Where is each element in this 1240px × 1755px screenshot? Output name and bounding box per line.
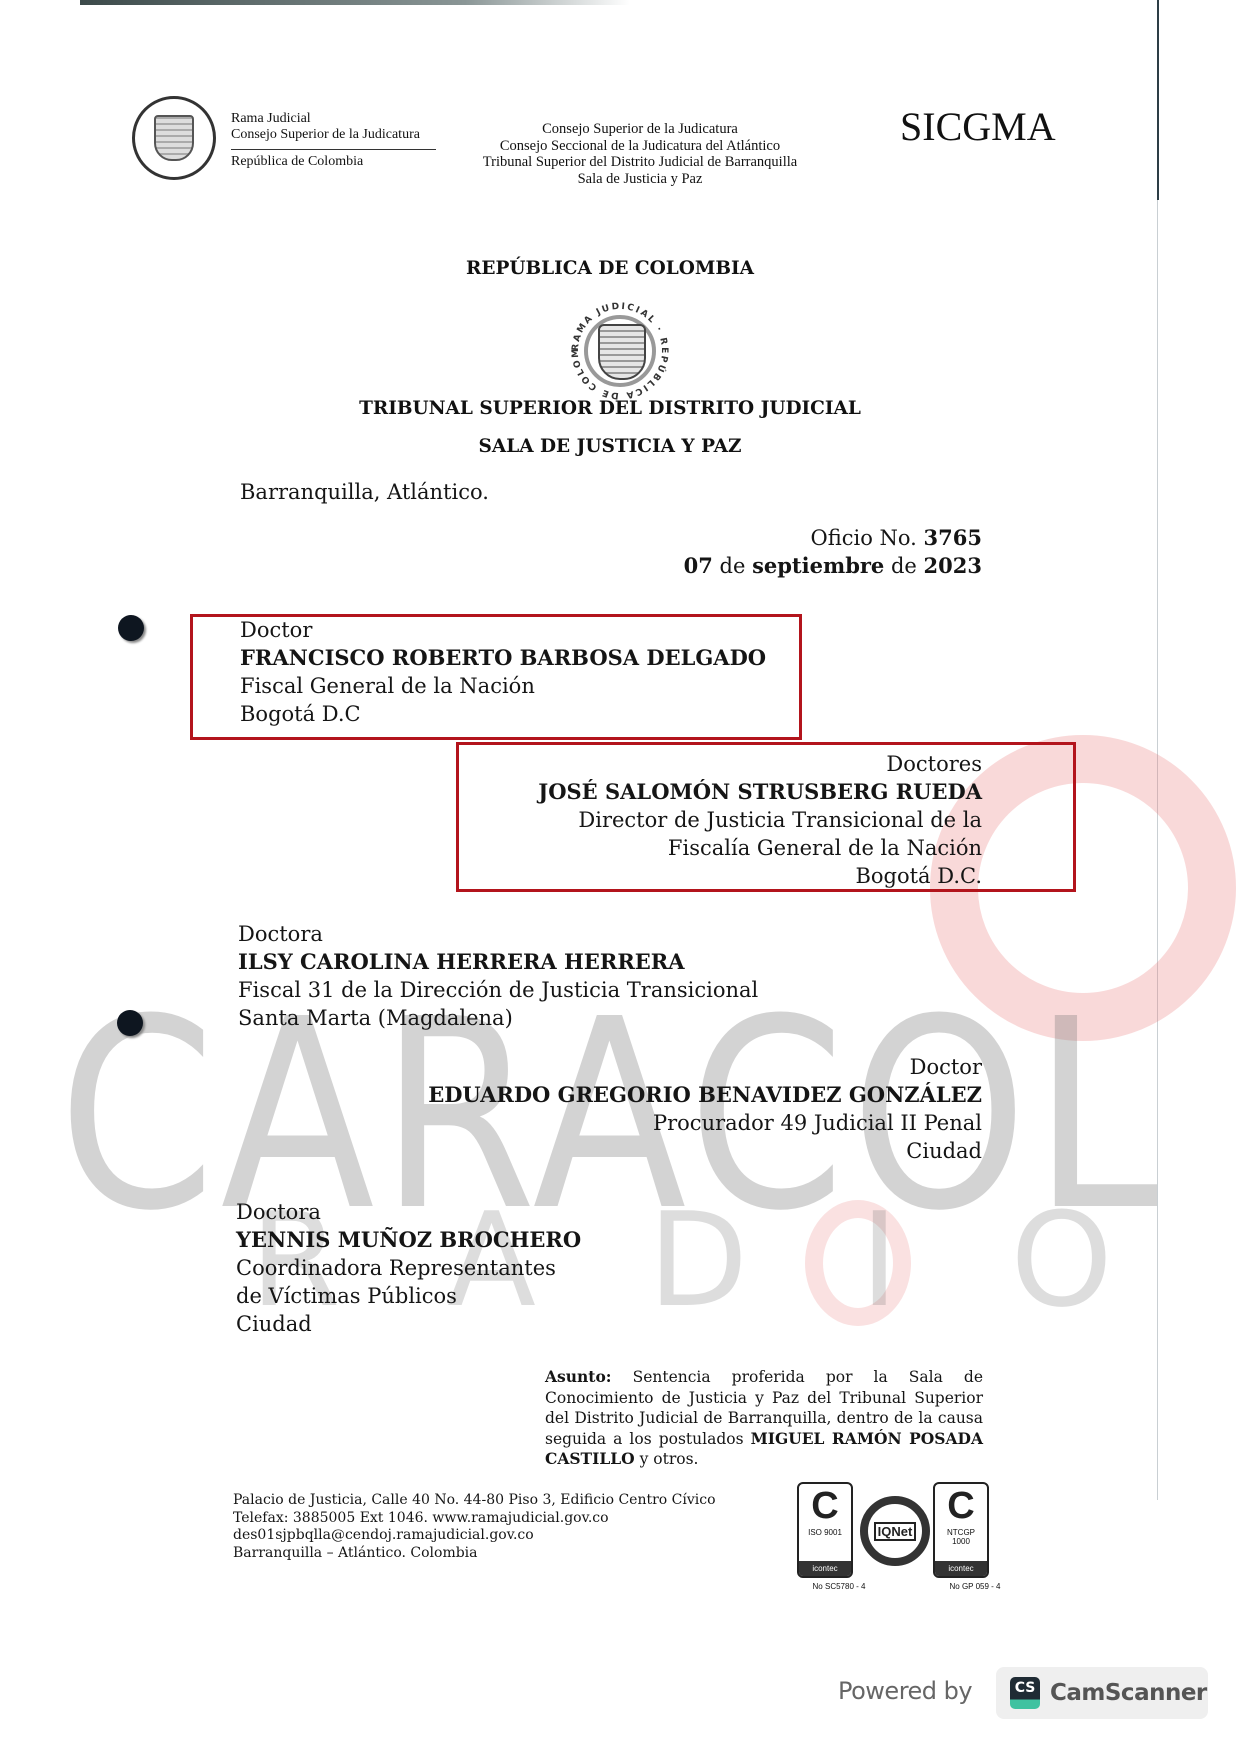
consejo-label: Consejo Superior de la Judicatura — [231, 127, 436, 143]
date-connector: de — [720, 554, 746, 578]
letter-date: 07 de septiembre de 2023 — [560, 552, 982, 580]
powered-by-label: Powered by — [838, 1677, 972, 1705]
republic-title: REPÚBLICA DE COLOMBIA — [330, 258, 890, 279]
icontec-c-icon: C — [935, 1484, 987, 1528]
recipient-salutation: Doctora — [238, 920, 758, 948]
ntcgp-label: NTCGP — [935, 1528, 987, 1537]
recipient-line: Fiscal 31 de la Dirección de Justicia Tr… — [238, 976, 758, 1004]
recipient-line: Procurador 49 Judicial II Penal — [380, 1109, 982, 1137]
subject-paragraph: Asunto: Sentencia proferida por la Sala … — [545, 1367, 983, 1470]
recipient-block: Doctor EDUARDO GREGORIO BENAVIDEZ GONZÁL… — [380, 1053, 982, 1165]
ntcgp-number: No GP 059 - 4 — [935, 1582, 1015, 1591]
sala-title: SALA DE JUSTICIA Y PAZ — [330, 436, 890, 457]
recipient-line: Director de Justicia Transicional de la — [460, 806, 982, 834]
ntcgp-label-number: 1000 — [935, 1537, 987, 1546]
camscanner-logo-icon: CS — [1010, 1677, 1040, 1709]
recipient-name: EDUARDO GREGORIO BENAVIDEZ GONZÁLEZ — [380, 1081, 982, 1109]
date-year: 2023 — [924, 553, 982, 578]
recipient-line: Ciudad — [236, 1310, 581, 1338]
recipient-name: JOSÉ SALOMÓN STRUSBERG RUEDA — [460, 778, 982, 806]
recipient-salutation: Doctora — [236, 1198, 581, 1226]
recipient-block: Doctora ILSY CAROLINA HERRERA HERRERA Fi… — [238, 920, 758, 1032]
recipient-salutation: Doctor — [380, 1053, 982, 1081]
iqnet-logo: IQNet — [860, 1496, 930, 1566]
recipient-block: Doctora YENNIS MUÑOZ BROCHERO Coordinado… — [236, 1198, 581, 1338]
footer-address: Palacio de Justicia, Calle 40 No. 44-80 … — [233, 1492, 716, 1562]
recipient-salutation: Doctores — [460, 750, 982, 778]
rama-judicial-seal: RAMA JUDICIAL · REPÚBLICA DE COLOMBIA — [565, 296, 675, 406]
footer-line: Barranquilla – Atlántico. Colombia — [233, 1545, 716, 1563]
footer-line: Palacio de Justicia, Calle 40 No. 44-80 … — [233, 1492, 716, 1510]
subject-text-end: y otros. — [640, 1450, 699, 1468]
recipient-line: Coordinadora Representantes — [236, 1254, 581, 1282]
icontec-badge: icontec — [935, 1561, 987, 1576]
coat-of-arms-logo — [132, 96, 216, 180]
recipient-line: Fiscalía General de la Nación — [460, 834, 982, 862]
oficio-label: Oficio No. — [811, 526, 917, 550]
recipient-name: YENNIS MUÑOZ BROCHERO — [236, 1226, 581, 1254]
footer-line: Telefax: 3885005 Ext 1046. www.ramajudic… — [233, 1510, 716, 1528]
recipient-line: Bogotá D.C — [240, 700, 766, 728]
recipient-line: Bogotá D.C. — [460, 862, 982, 890]
iso-label: ISO 9001 — [799, 1528, 851, 1537]
subject-label: Asunto: — [545, 1367, 612, 1386]
republica-label: República de Colombia — [231, 154, 436, 170]
camscanner-badge[interactable]: CS CamScanner — [996, 1667, 1208, 1719]
punch-hole — [118, 615, 144, 641]
ntcgp-1000-logo: C NTCGP 1000 icontec No GP 059 - 4 — [933, 1482, 989, 1578]
shield-icon — [598, 324, 646, 380]
recipient-line: Fiscal General de la Nación — [240, 672, 766, 700]
punch-hole — [117, 1010, 143, 1036]
icontec-badge: icontec — [799, 1561, 851, 1576]
recipient-salutation: Doctor — [240, 616, 766, 644]
rama-judicial-label: Rama Judicial — [231, 111, 436, 127]
sicgma-brand: SICGMA — [900, 103, 1056, 150]
recipient-line: Santa Marta (Magdalena) — [238, 1004, 758, 1032]
header-line: Sala de Justicia y Paz — [430, 171, 850, 188]
footer-email: des01sjpbqlla@cendoj.ramajudicial.gov.co — [233, 1527, 716, 1545]
rama-judicial-block: Rama Judicial Consejo Superior de la Jud… — [231, 111, 436, 170]
header-institution-block: Consejo Superior de la Judicatura Consej… — [430, 121, 850, 187]
icontec-c-icon: C — [799, 1484, 851, 1528]
tribunal-title: TRIBUNAL SUPERIOR DEL DISTRITO JUDICIAL — [330, 398, 890, 419]
shield-icon — [154, 115, 194, 161]
date-month: septiembre — [752, 553, 884, 578]
recipient-block: Doctor FRANCISCO ROBERTO BARBOSA DELGADO… — [240, 616, 766, 728]
oficio-block: Oficio No. 3765 07 de septiembre de 2023 — [560, 524, 982, 580]
iso-9001-logo: C ISO 9001 icontec No SC5780 - 4 — [797, 1482, 853, 1578]
date-day: 07 — [684, 553, 713, 578]
recipient-name: FRANCISCO ROBERTO BARBOSA DELGADO — [240, 644, 766, 672]
header-line: Consejo Seccional de la Judicatura del A… — [430, 138, 850, 155]
date-connector: de — [891, 554, 917, 578]
oficio-number-line: Oficio No. 3765 — [560, 524, 982, 552]
scan-edge-top — [80, 0, 630, 5]
recipient-line: de Víctimas Públicos — [236, 1282, 581, 1310]
camscanner-name: CamScanner — [1050, 1680, 1207, 1706]
recipient-block: Doctores JOSÉ SALOMÓN STRUSBERG RUEDA Di… — [460, 750, 982, 890]
scan-edge-right — [1157, 0, 1159, 200]
divider — [231, 149, 436, 150]
iso-number: No SC5780 - 4 — [799, 1582, 879, 1591]
header-line: Tribunal Superior del Distrito Judicial … — [430, 154, 850, 171]
recipient-name: ILSY CAROLINA HERRERA HERRERA — [238, 948, 758, 976]
letter-place: Barranquilla, Atlántico. — [240, 478, 489, 506]
iqnet-label: IQNet — [874, 1522, 917, 1541]
oficio-number: 3765 — [924, 525, 982, 550]
header-line: Consejo Superior de la Judicatura — [430, 121, 850, 138]
recipient-line: Ciudad — [380, 1137, 982, 1165]
